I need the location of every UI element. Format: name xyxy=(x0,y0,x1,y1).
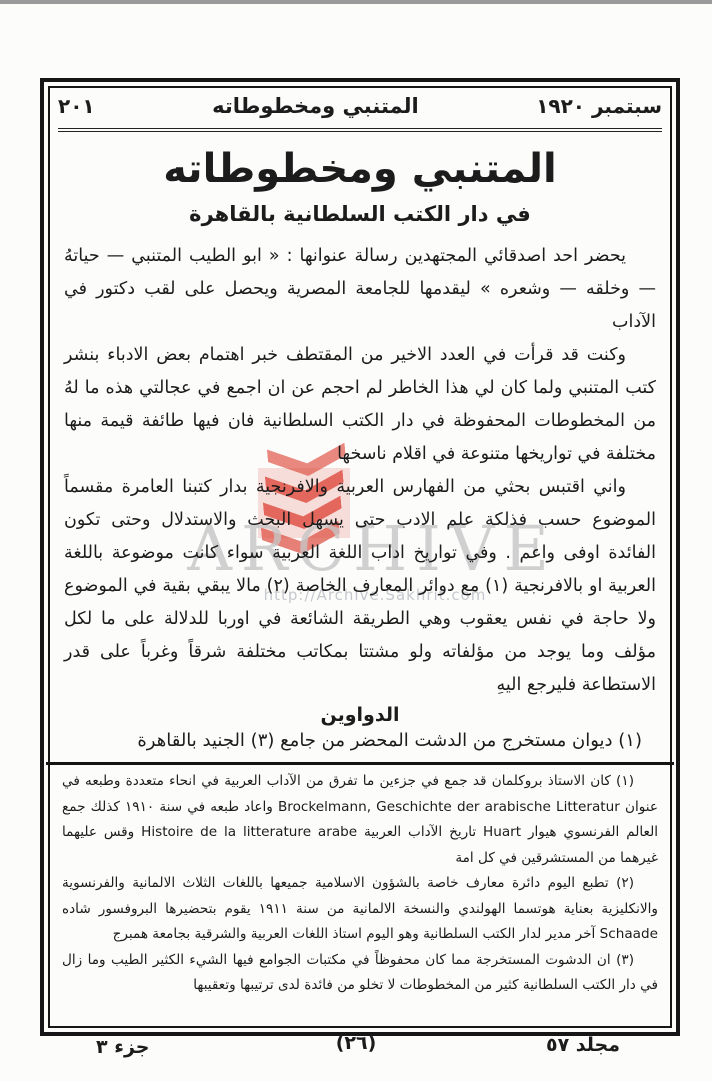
page-number: ٢٠١ xyxy=(58,94,95,118)
scan-edge-band xyxy=(0,0,712,4)
page-border-frame: سبتمبر ١٩٢٠ المتنبي ومخطوطاته ٢٠١ المتنب… xyxy=(40,78,680,1036)
page-content: سبتمبر ١٩٢٠ المتنبي ومخطوطاته ٢٠١ المتنب… xyxy=(44,82,676,1032)
running-head: سبتمبر ١٩٢٠ المتنبي ومخطوطاته ٢٠١ xyxy=(58,84,662,132)
list-item: (١) ديوان مستخرج من الدشت المحضر من جامع… xyxy=(64,726,642,756)
article-title: المتنبي ومخطوطاته xyxy=(44,146,676,192)
body-paragraph: يحضر احد اصدقائي المجتهدين رسالة عنوانها… xyxy=(64,240,656,339)
section-heading: الدواوين xyxy=(44,704,676,726)
footnote: (٢) تطبع اليوم دائرة معارف خاصة بالشؤون … xyxy=(62,871,658,948)
body-paragraph: وكنت قد قرأت في العدد الاخير من المقتطف … xyxy=(64,339,656,471)
volume-number: مجلد ٥٧ xyxy=(546,1034,620,1056)
footnote: (١) كان الاستاذ بروكلمان قد جمع في جزءين… xyxy=(62,769,658,871)
footnotes: (١) كان الاستاذ بروكلمان قد جمع في جزءين… xyxy=(62,769,658,999)
article-subtitle: في دار الكتب السلطانية بالقاهرة xyxy=(44,202,676,226)
footnote-separator-rule xyxy=(46,762,674,765)
body-paragraph: واني اقتبس بحثي من الفهارس العربية والاف… xyxy=(64,471,656,702)
page-footer: جزء ٣ (٢٦) مجلد ٥٧ xyxy=(40,1032,672,1066)
footnote: (٣) ان الدشوت المستخرجة مما كان محفوظاً … xyxy=(62,948,658,999)
running-head-title: المتنبي ومخطوطاته xyxy=(212,94,419,118)
issue-date: سبتمبر ١٩٢٠ xyxy=(536,94,662,118)
article-body: يحضر احد اصدقائي المجتهدين رسالة عنوانها… xyxy=(64,240,656,702)
